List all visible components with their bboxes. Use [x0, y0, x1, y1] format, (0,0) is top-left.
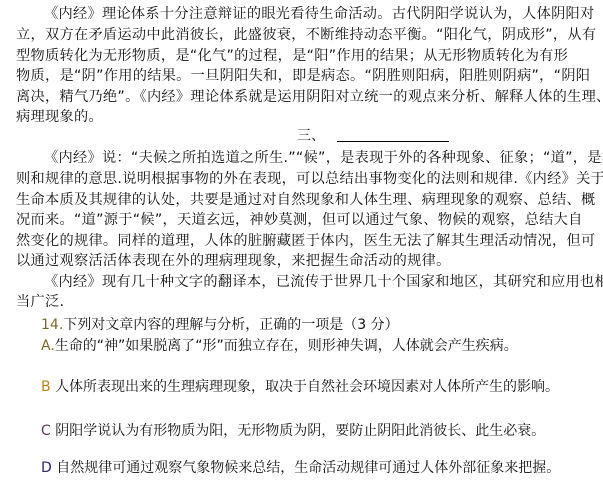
option-c-text: 阴阳学说认为有形物质为阳，无形物质为阴，要防止阴阳此消彼长、此生必衰。 [55, 423, 545, 439]
para2-line-5: 然变化的规律。同样的道理，人体的脏腑藏匿于体内，医生无法了解其生理活动情况，但可 [16, 231, 596, 251]
para2-line-2: 则和规律的意思.说明根据事物的外在表现，可以总结出事物变化的法则和规律.《内经》… [16, 169, 603, 189]
option-d-text: 自然规律可通过观察气象物候来总结，生命活动规律可通过人体外部征象来把握。 [56, 460, 560, 476]
para2-line-4: 况而来。“道”源于“候”，天道玄远，神妙莫测，但可以通过气象、物候的观察，总结大… [16, 210, 583, 230]
option-b: B 人体所表现出来的生理病理现象，取决于自然社会环境因素对人体所产生的影响。 [41, 377, 559, 397]
para2-line-1: 《内经》说：“夫候之所拍选道之所生.”“候”，是表现于外的各种现象、征象；“道”… [44, 148, 603, 168]
para1-line-2: 立，双方在矛盾运动中此消彼长，此盛彼衰，不断维持动态平衡。“阳化气，阴成形”，从… [16, 25, 596, 45]
question-number: 14. [41, 317, 63, 333]
option-c: C 阴阳学说认为有形物质为阳，无形物质为阴，要防止阴阳此消彼长、此生必衰。 [41, 421, 545, 441]
para3-line-2: 当广泛. [16, 292, 64, 312]
option-c-letter: C [41, 423, 51, 439]
question-text: 下列对文章内容的理解与分析，正确的一项是（3 分） [63, 317, 398, 333]
para1-line-4: 物质，是“阴”作用的结果。一旦阴阳失和，即是病态。“阴胜则阳病，阳胜则阴病”，“… [16, 66, 590, 86]
para1-line-1: 《内经》理论体系十分注意辩证的眼光看待生命活动。古代阴阳学说认为，人体阴阳对 [44, 4, 595, 24]
option-a: A.生命的“神”如果脱离了“形”而独立存在，则形神失调，人体就会产生疾病。 [41, 336, 518, 356]
para1-line-5: 离决，精气乃绝”。《内经》理论体系就是运用阴阳对立统一的观点来分析、解释人体的生… [16, 87, 603, 107]
para1-line-6: 病理现象的。 [16, 107, 103, 127]
para1-line-3: 型物质转化为无形物质，是“化气”的过程，是“阳”作用的结果；从无形物质转化为有形 [16, 46, 568, 66]
para2-line-6: 以通过观察活活体表现在外的理病理现象，来把握生命活动的规律。 [16, 251, 451, 271]
title-blank-line [337, 141, 449, 142]
option-a-text: 生命的“神”如果脱离了“形”而独立存在，则形神失调，人体就会产生疾病。 [55, 338, 518, 354]
option-d-letter: D [41, 460, 52, 476]
para2-line-3: 生命本质及其规律的认处，共要是通过对自然现象和人体生理、病理现象的观察、总结、概 [16, 190, 596, 210]
section-number: 三、 [297, 128, 325, 144]
question-stem: 14.下列对文章内容的理解与分析，正确的一项是（3 分） [41, 315, 399, 335]
para3-line-1: 《内经》现有几十种文字的翻译本，已流传于世界几十个国家和地区，其研究和应用也相 [44, 272, 603, 292]
section-heading: 三、 [297, 126, 449, 146]
option-b-letter: B [41, 379, 51, 395]
option-b-text: 人体所表现出来的生理病理现象，取决于自然社会环境因素对人体所产生的影响。 [55, 379, 559, 395]
option-a-letter: A. [41, 338, 55, 354]
option-d: D 自然规律可通过观察气象物候来总结，生命活动规律可通过人体外部征象来把握。 [41, 458, 560, 478]
